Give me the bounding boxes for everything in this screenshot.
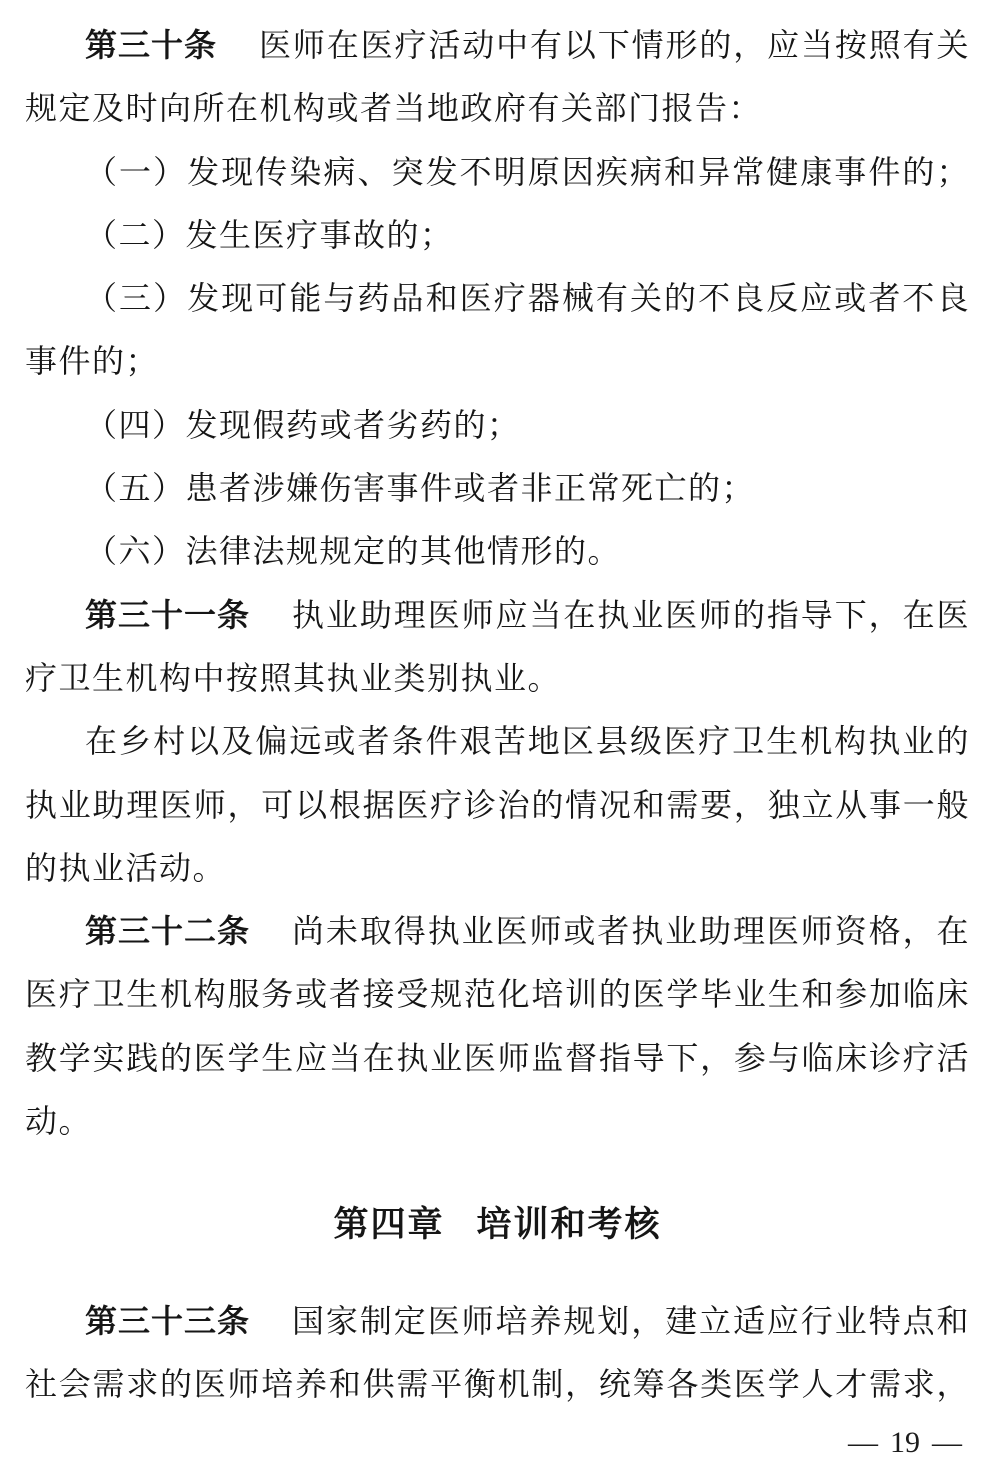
- footer-dash-left: —: [848, 1426, 878, 1460]
- chapter-heading: 第四章培训和考核: [25, 1193, 970, 1256]
- article-number: 第三十条: [85, 14, 217, 77]
- body-line: 疗卫生机构中按照其执业类别执业。: [25, 647, 970, 710]
- article-text: 国家制定医师培养规划，建立适应行业特点和: [292, 1290, 970, 1353]
- list-item-line: （三）发现可能与药品和医疗器械有关的不良反应或者不良: [25, 267, 970, 330]
- footer-dash-right: —: [932, 1426, 962, 1460]
- list-item-line: （六）法律法规规定的其他情形的。: [25, 520, 970, 583]
- chapter-title: 培训和考核: [477, 1193, 662, 1256]
- article-heading-line: 第三十三条国家制定医师培养规划，建立适应行业特点和: [25, 1290, 970, 1353]
- page-footer: — 19 —: [848, 1428, 962, 1458]
- list-item-line: （五）患者涉嫌伤害事件或者非正常死亡的；: [25, 457, 970, 520]
- article-number: 第三十一条: [85, 584, 250, 647]
- list-item-line: （四）发现假药或者劣药的；: [25, 394, 970, 457]
- article-heading-line: 第三十二条尚未取得执业医师或者执业助理医师资格，在: [25, 900, 970, 963]
- body-line: 教学实践的医学生应当在执业医师监督指导下，参与临床诊疗活: [25, 1027, 970, 1090]
- article-heading-line: 第三十一条执业助理医师应当在执业医师的指导下，在医: [25, 584, 970, 647]
- body-line: 在乡村以及偏远或者条件艰苦地区县级医疗卫生机构执业的: [25, 710, 970, 773]
- body-line: 的执业活动。: [25, 837, 970, 900]
- chapter-number: 第四章: [333, 1193, 444, 1256]
- body-line: 执业助理医师，可以根据医疗诊治的情况和需要，独立从事一般: [25, 774, 970, 837]
- article-number: 第三十三条: [85, 1290, 250, 1353]
- body-line: 社会需求的医师培养和供需平衡机制，统筹各类医学人才需求，: [25, 1353, 970, 1416]
- article-text: 医师在医疗活动中有以下情形的，应当按照有关: [259, 14, 970, 77]
- body-line: 动。: [25, 1090, 970, 1153]
- document-page: 第三十条医师在医疗活动中有以下情形的，应当按照有关规定及时向所在机构或者当地政府…: [25, 14, 970, 1416]
- body-line: 医疗卫生机构服务或者接受规范化培训的医学毕业生和参加临床: [25, 963, 970, 1026]
- page-number: 19: [890, 1426, 920, 1460]
- body-line: 事件的；: [25, 330, 970, 393]
- article-number: 第三十二条: [85, 900, 250, 963]
- body-line: 规定及时向所在机构或者当地政府有关部门报告：: [25, 77, 970, 140]
- article-heading-line: 第三十条医师在医疗活动中有以下情形的，应当按照有关: [25, 14, 970, 77]
- list-item-line: （一）发现传染病、突发不明原因疾病和异常健康事件的；: [25, 141, 970, 204]
- list-item-line: （二）发生医疗事故的；: [25, 204, 970, 267]
- article-text: 执业助理医师应当在执业医师的指导下，在医: [292, 584, 970, 647]
- article-text: 尚未取得执业医师或者执业助理医师资格，在: [292, 900, 970, 963]
